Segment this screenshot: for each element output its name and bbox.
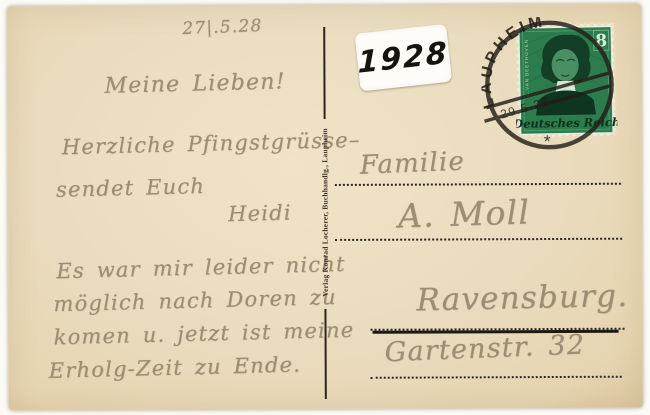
year-sticker: 1928 <box>354 24 452 92</box>
divider-line-bottom <box>324 309 326 399</box>
message-line-7: komen u. jetzt ist meine <box>53 318 354 350</box>
address-rule-4 <box>371 376 622 379</box>
address-street: Gartenstr. 32 <box>384 329 586 368</box>
address-recipient-1: Familie <box>359 147 465 181</box>
address-rule-2 <box>335 238 622 241</box>
message-salutation: Meine Lieben! <box>104 69 286 99</box>
address-rule-1 <box>335 183 621 186</box>
message-line-6: möglich nach Doren zu <box>53 285 337 316</box>
postcard-back: 27|.5.28 Meine Lieben! Herzliche Pfingst… <box>7 4 643 411</box>
publisher-imprint: Verlag Konrad Locherer, Buchhandlg., Lau… <box>320 120 332 304</box>
postmark-star: * <box>544 131 551 151</box>
handwritten-date: 27|.5.28 <box>182 16 263 39</box>
postcard-scan: 27|.5.28 Meine Lieben! Herzliche Pfingst… <box>0 0 650 415</box>
address-recipient-2: A. Moll <box>397 192 530 235</box>
message-line-8: Erholg-Zeit zu Ende. <box>48 352 301 382</box>
message-line-2: Herzliche Pfingstgrüsse– <box>61 128 360 160</box>
message-signature: Heidi <box>228 200 292 226</box>
divider-line-top <box>323 27 325 119</box>
message-line-3: sendet Euch <box>56 174 206 202</box>
address-city: Ravensburg. <box>416 278 629 319</box>
message-line-5: Es war mir leider nicht <box>56 252 346 283</box>
year-sticker-label: 1928 <box>358 35 449 80</box>
postmark: LAUPHEIM 29.5.28 * <box>481 17 618 154</box>
